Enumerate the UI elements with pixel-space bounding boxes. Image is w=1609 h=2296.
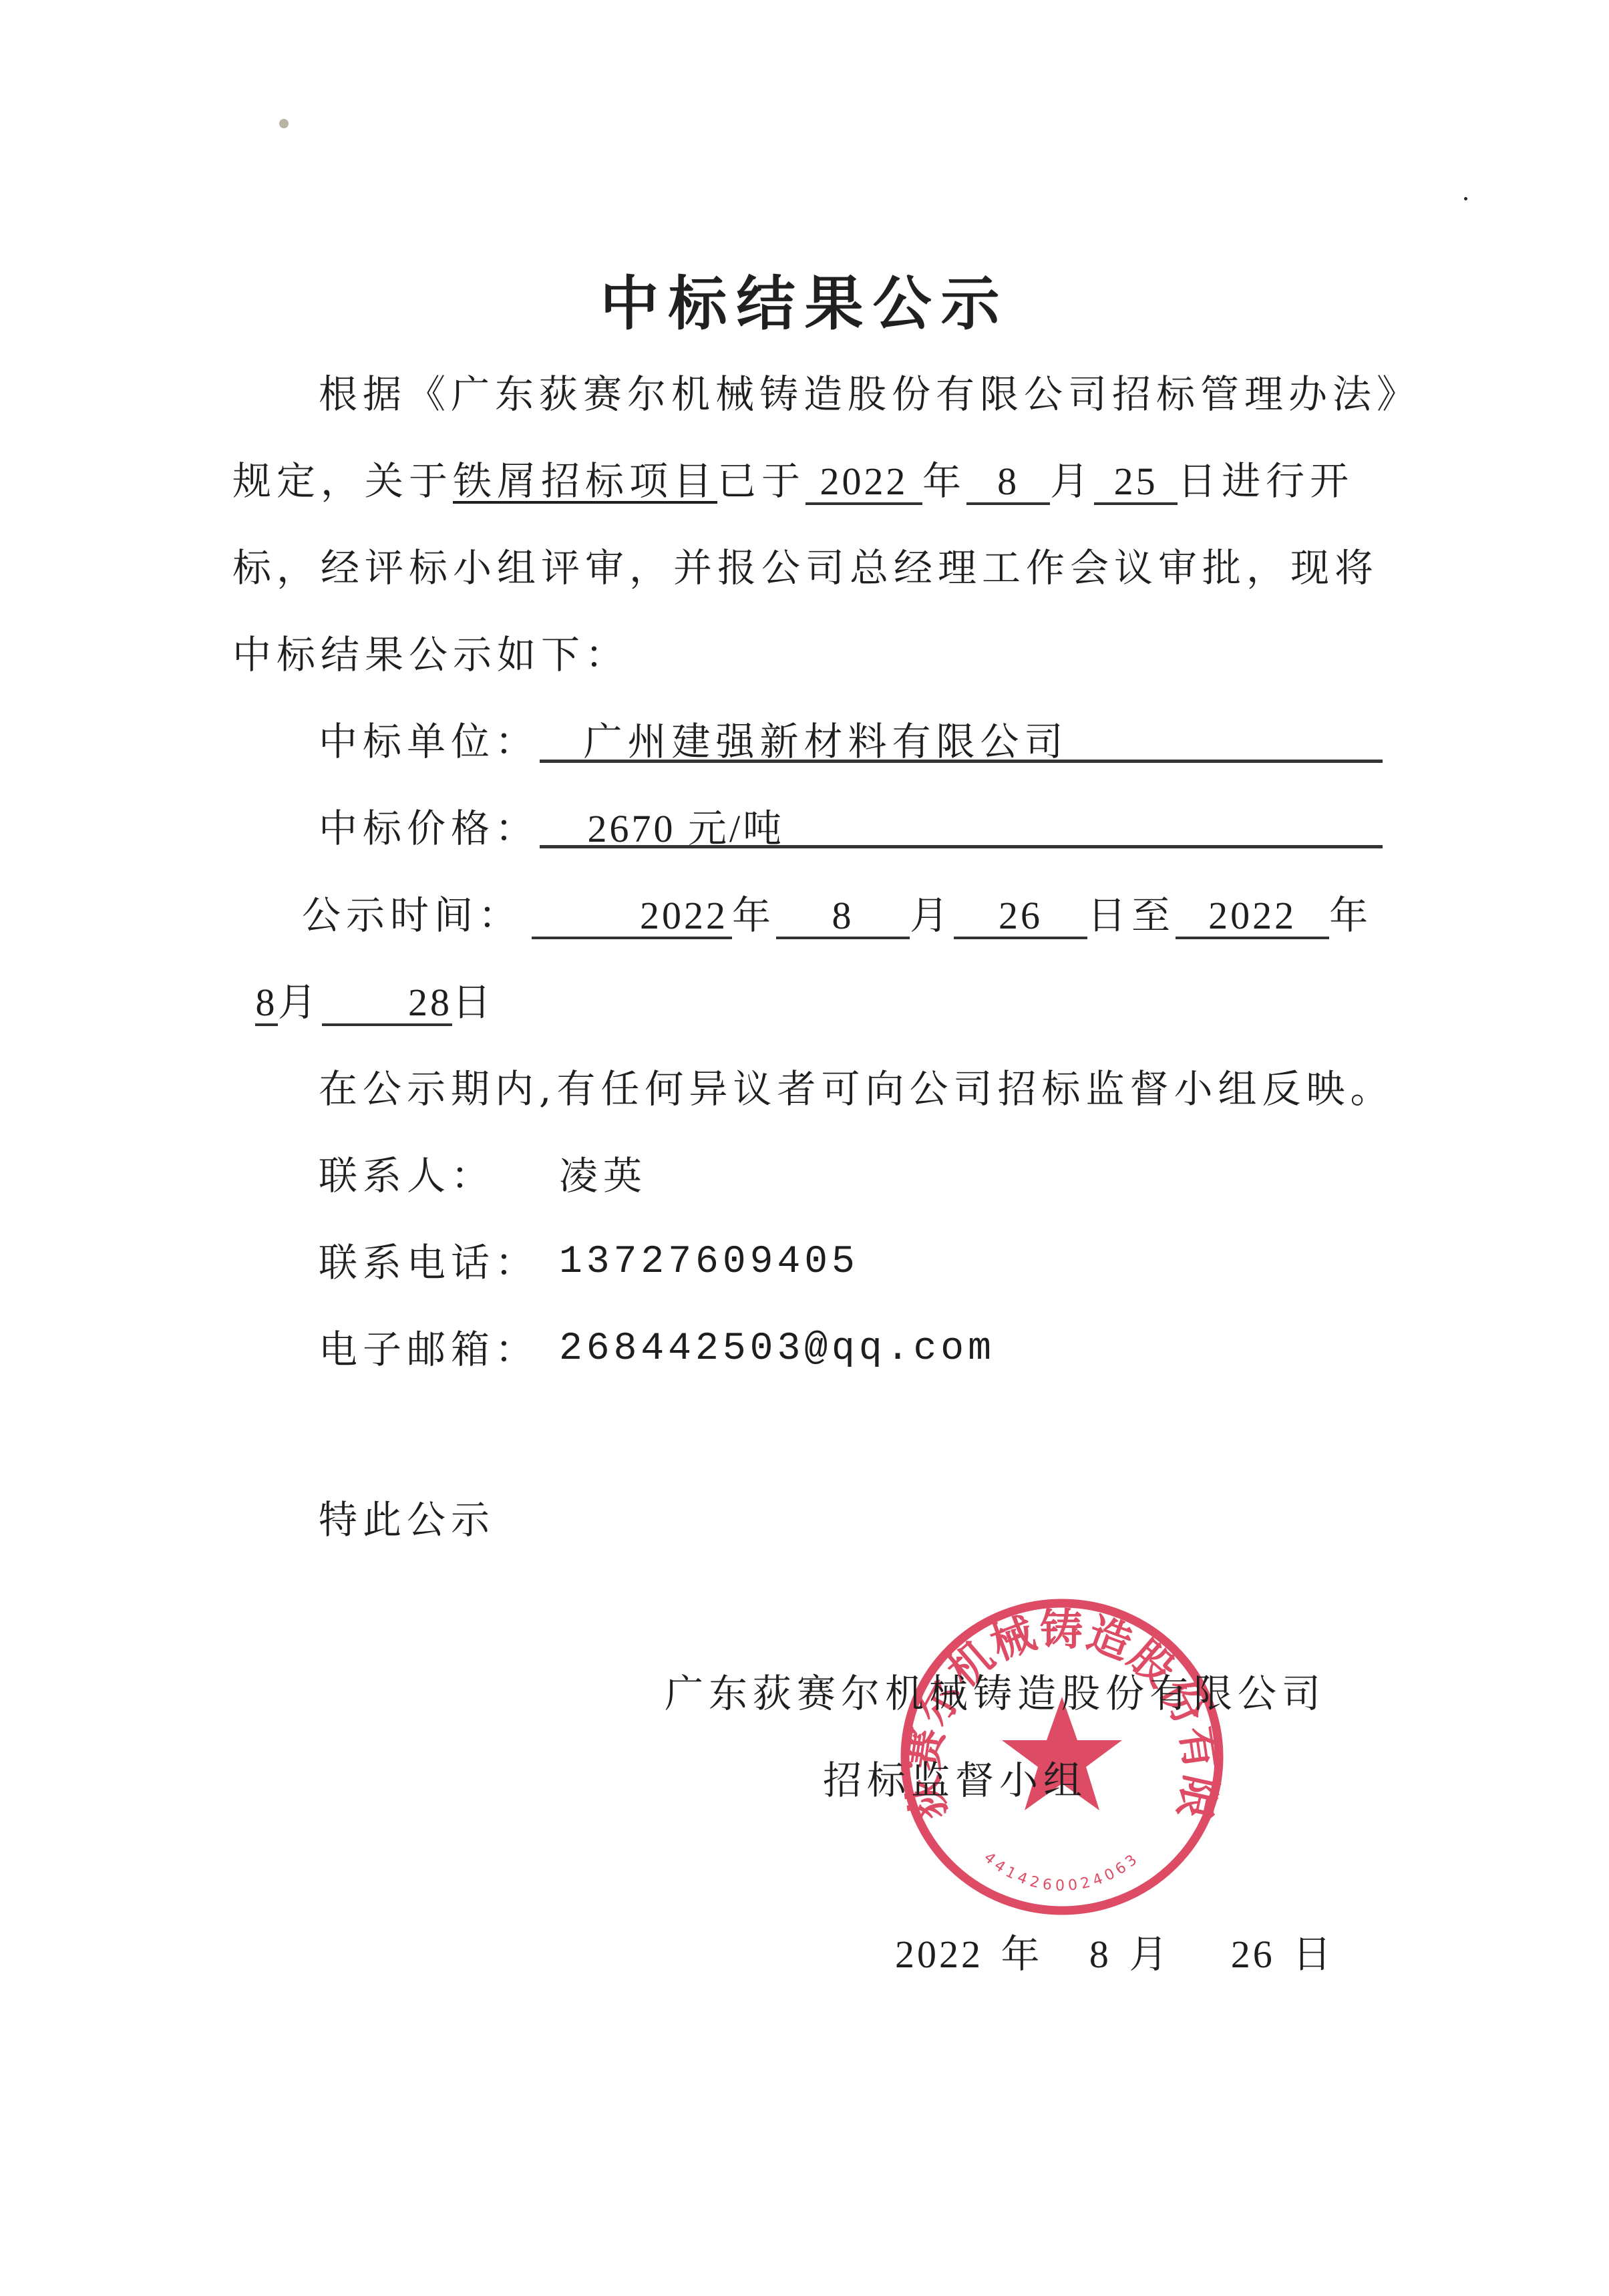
intro-line-4: 中标结果公示如下： bbox=[232, 631, 629, 678]
winner-row: 中标单位： 广州建强新材料有限公司 bbox=[319, 718, 1068, 765]
signature-day: 26 bbox=[1231, 1933, 1275, 1976]
signature-year: 2022 bbox=[895, 1933, 983, 1976]
contact-phone-label: 联系电话： bbox=[319, 1240, 539, 1285]
month-char: 月 bbox=[1050, 458, 1094, 504]
period-start-year: 2022 bbox=[532, 895, 732, 939]
objection-notice: 在公示期内,有任何异议者可向公司招标监督小组反映。 bbox=[319, 1065, 1394, 1112]
intro-text: 规定，关于 bbox=[232, 458, 453, 504]
contact-phone-value: 13727609405 bbox=[559, 1239, 859, 1286]
period-row-cont: 8月28日 bbox=[255, 979, 496, 1026]
contact-email-label: 电子邮箱： bbox=[319, 1327, 539, 1372]
intro-line-2: 规定，关于铁屑招标项目已于2022年8月25日进行开 bbox=[232, 458, 1354, 505]
signature-date: 2022 年 8 月 26 日 bbox=[895, 1931, 1336, 1978]
period-end-year: 2022 bbox=[1176, 895, 1329, 939]
open-year: 2022 bbox=[806, 461, 922, 505]
year-char: 年 bbox=[1329, 892, 1373, 938]
contact-person-row: 联系人： 凌英 bbox=[319, 1152, 495, 1199]
price-value: 2670 元/吨 bbox=[587, 807, 784, 850]
contact-person-label: 联系人： bbox=[319, 1153, 495, 1198]
day-char: 日 bbox=[1292, 1931, 1336, 1977]
project-name: 铁屑招标项目 bbox=[453, 458, 717, 504]
intro-text: 标，经评标小组评审，并报公司总经理工作会议审批，现将 bbox=[232, 545, 1379, 591]
contact-person-value: 凌英 bbox=[559, 1152, 647, 1199]
winner-underline bbox=[540, 760, 1383, 763]
intro-line-1: 根据《广东荻赛尔机械铸造股份有限公司招标管理办法》 bbox=[319, 371, 1421, 418]
period-end-month: 8 bbox=[255, 982, 278, 1026]
intro-text: 日进行开 bbox=[1178, 458, 1354, 504]
month-char: 月 bbox=[1129, 1931, 1173, 1977]
signature-month: 8 bbox=[1089, 1933, 1111, 1976]
period-start-day: 26 bbox=[954, 895, 1087, 939]
winner-label: 中标单位： bbox=[319, 719, 539, 764]
intro-line-3: 标，经评标小组评审，并报公司总经理工作会议审批，现将 bbox=[232, 544, 1379, 591]
period-start-month: 8 bbox=[776, 895, 910, 939]
intro-text: 根据《广东荻赛尔机械铸造股份有限公司招标管理办法》 bbox=[319, 371, 1421, 417]
to-text: 日至 bbox=[1087, 892, 1176, 938]
month-char: 月 bbox=[278, 979, 322, 1025]
open-month: 8 bbox=[966, 461, 1050, 505]
contact-email-row: 电子邮箱： 268442503@qq.com bbox=[319, 1326, 539, 1373]
scan-speck bbox=[279, 119, 289, 128]
year-char: 年 bbox=[732, 892, 776, 938]
open-day: 25 bbox=[1094, 461, 1178, 505]
contact-phone-row: 联系电话： 13727609405 bbox=[319, 1239, 539, 1286]
year-char: 年 bbox=[922, 458, 966, 504]
year-char: 年 bbox=[1001, 1931, 1045, 1977]
contact-email-value: 268442503@qq.com bbox=[559, 1326, 995, 1373]
month-char: 月 bbox=[910, 892, 954, 938]
scan-speck bbox=[1464, 197, 1467, 200]
price-underline bbox=[540, 845, 1383, 848]
closing-text: 特此公示 bbox=[319, 1496, 495, 1543]
day-char: 日 bbox=[452, 979, 496, 1025]
period-end-day: 28 bbox=[322, 982, 452, 1026]
page-title: 中标结果公示 bbox=[0, 267, 1609, 341]
signature-group: 招标监督小组 bbox=[823, 1757, 1087, 1804]
winner-value: 广州建强新材料有限公司 bbox=[583, 719, 1068, 764]
period-label: 公示时间： bbox=[302, 892, 522, 938]
price-label: 中标价格： bbox=[319, 806, 539, 851]
intro-text: 中标结果公示如下： bbox=[232, 632, 629, 677]
svg-text:4414260024063: 4414260024063 bbox=[980, 1849, 1143, 1895]
intro-text: 已于 bbox=[717, 458, 806, 504]
period-row: 公示时间：2022年8月26日至2022年 bbox=[302, 892, 1373, 939]
signature-company: 广东荻赛尔机械铸造股份有限公司 bbox=[665, 1670, 1326, 1717]
